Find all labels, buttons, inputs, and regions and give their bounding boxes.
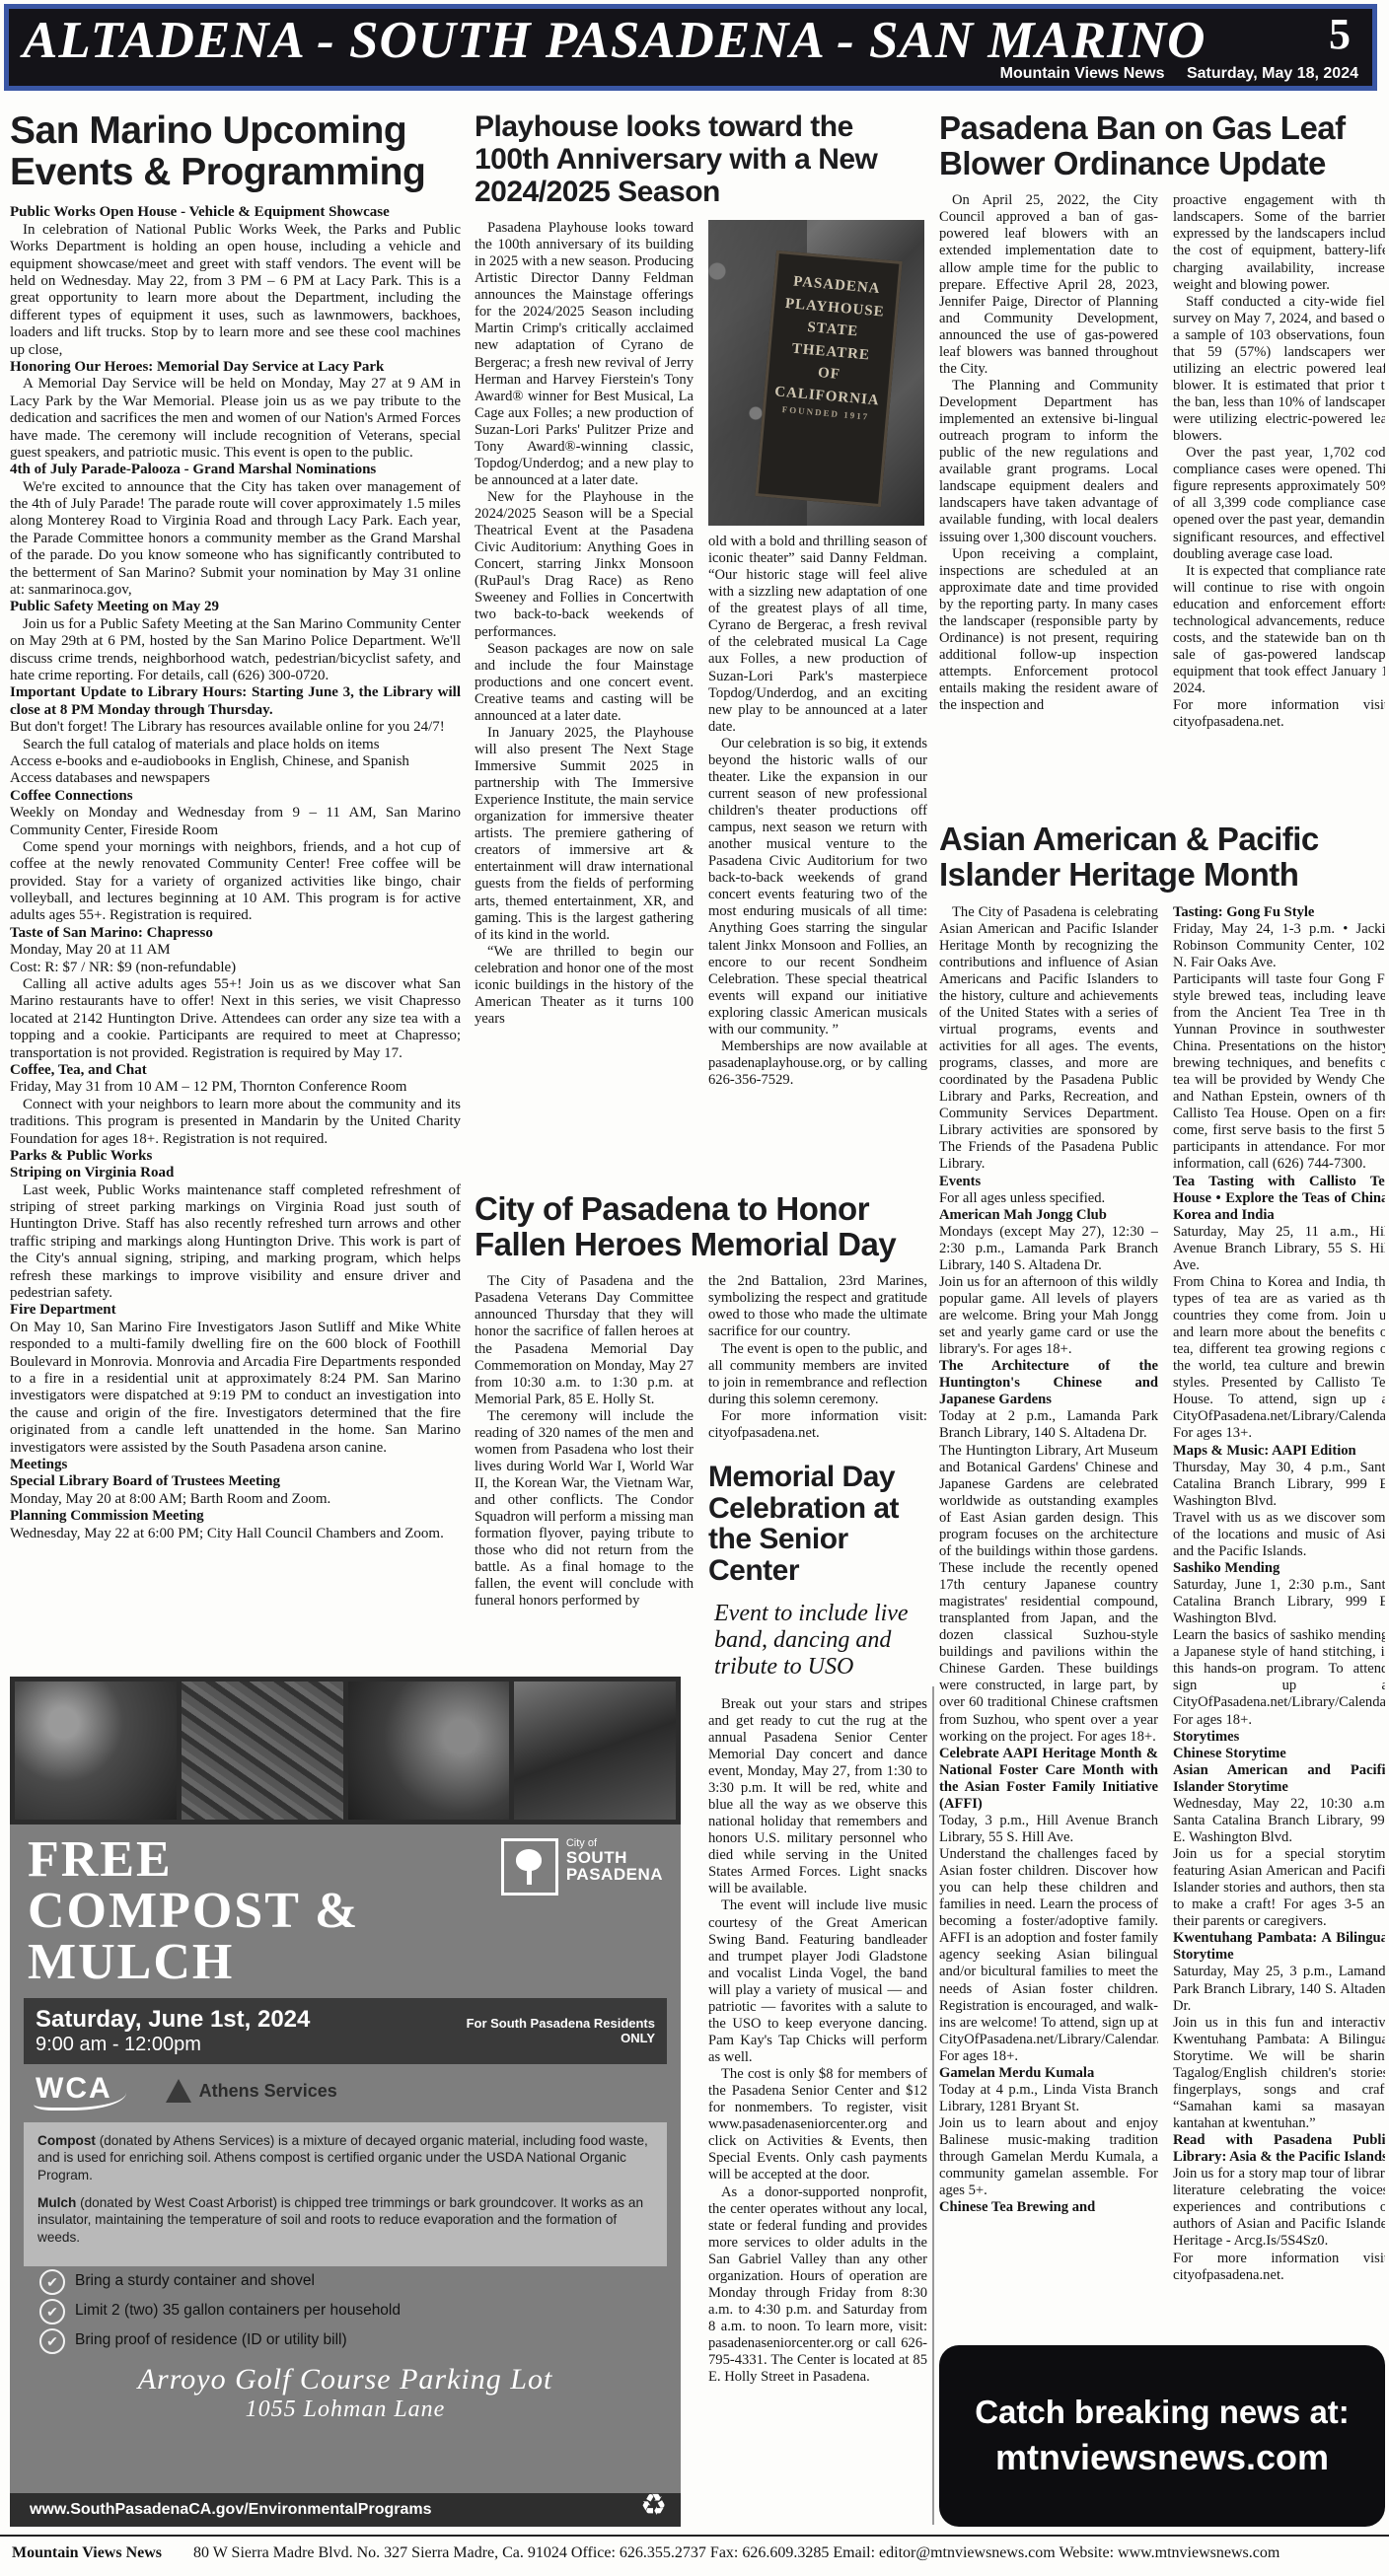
bold-head: Honoring Our Heroes: Memorial Day Servic… [10, 359, 384, 375]
footer-publication: Mountain Views News [12, 2544, 162, 2561]
banner-meta: Mountain Views News Saturday, May 18, 20… [983, 65, 1358, 83]
text-block: 4th of July Parade-Palooza - Grand Marsh… [10, 462, 461, 478]
text-block: Last week, Public Works maintenance staf… [10, 1182, 461, 1303]
text-block: old with a bold and thrilling season of … [708, 534, 927, 736]
bold-head: Important Update to Library Hours: Start… [10, 684, 461, 717]
athens-services-logo: Athens Services [166, 2079, 337, 2103]
text-block: Tea Tasting with Callisto Tea House • Ex… [1173, 1174, 1385, 1224]
text-block: Join us for a special storytime featurin… [1173, 1846, 1385, 1930]
playhouse-col-right: PASADENAPLAYHOUSESTATETHEATREOFCALIFORNI… [708, 220, 927, 1191]
text-block: Today at 4 p.m., Linda Vista Branch Libr… [939, 2082, 1158, 2115]
ad-location: Arroyo Golf Course Parking Lot 1055 Lohm… [10, 2363, 681, 2423]
bold-head: Sashiko Mending [1173, 1560, 1279, 1576]
text-block: The Architecture of the Huntington's Chi… [939, 1358, 1158, 1408]
text-block: Bring proof of residence (ID or utility … [39, 2331, 651, 2348]
text-block: Important Update to Library Hours: Start… [10, 684, 461, 719]
text-block: Learn the basics of sashiko mending, a J… [1173, 1627, 1385, 1728]
text-block: Mulch (donated by West Coast Arborist) i… [37, 2194, 653, 2247]
text-block: Compost (donated by Athens Services) is … [37, 2132, 653, 2184]
ad-photo-strip [10, 1677, 681, 1825]
text-block: Saturday, May 25, 3 p.m., Lamanda Park B… [1173, 1964, 1385, 2014]
ad-title-line: COMPOST & [28, 1886, 359, 1937]
text-block: Gamelan Merdu Kumala [939, 2065, 1158, 2082]
ad-residents-only: For South Pasadena Residents ONLY [438, 2016, 655, 2045]
text-block: Chinese Tea Brewing and [939, 2199, 1158, 2216]
text-block: A Memorial Day Service will be held on M… [10, 376, 461, 462]
headline-playhouse: Playhouse looks toward the 100th Anniver… [475, 110, 927, 208]
text-block: Staff conducted a city-wide field survey… [1173, 294, 1385, 446]
bold-head: Storytimes [1173, 1729, 1239, 1745]
text-block: Participants will taste four Gong Fu sty… [1173, 971, 1385, 1174]
text-block: Wednesday, May 22, 10:30 a.m., Santa Cat… [1173, 1796, 1385, 1846]
logo-south: SOUTH [566, 1849, 663, 1866]
text-block: “We are thrilled to begin our celebratio… [475, 944, 694, 1028]
tree-icon [501, 1838, 558, 1896]
text-block: For all ages unless specified. [939, 1190, 1158, 1207]
bold-head: Kwentuhang Pambata: A Bilingual Storytim… [1173, 1930, 1385, 1963]
text-block: In celebration of National Public Works … [10, 222, 461, 359]
text-block: Wednesday, May 22 at 6:00 PM; City Hall … [10, 1526, 461, 1542]
page-footer: Mountain Views News 80 W Sierra Madre Bl… [0, 2535, 1389, 2562]
text-block: Storytimes [1173, 1729, 1385, 1746]
text-block: On May 10, San Marino Fire Investigators… [10, 1320, 461, 1457]
headline-aapi: Asian American & Pacific Islander Herita… [939, 822, 1385, 892]
text-block: Striping on Virginia Road [10, 1165, 461, 1181]
aapi-col-right: Tasting: Gong Fu StyleFriday, May 24, 1-… [1173, 904, 1385, 2284]
bold-head: Read with Pasadena Public Library: Asia … [1173, 2132, 1385, 2165]
text-block: Special Library Board of Trustees Meetin… [10, 1473, 461, 1490]
bold-head: Striping on Virginia Road [10, 1165, 174, 1181]
fallen-heroes-col-right: the 2nd Battalion, 23rd Marines, symboli… [708, 1273, 927, 2386]
leaf-blower-col-right: proactive engagement with the landscaper… [1173, 192, 1385, 804]
breaking-news-box: Catch breaking news at: mtnviewsnews.com [939, 2345, 1385, 2527]
text-block: Kwentuhang Pambata: A Bilingual Storytim… [1173, 1930, 1385, 1964]
leaf-blower-article: On April 25, 2022, the City Council appr… [939, 192, 1385, 804]
text-block: Thursday, May 30, 4 p.m., Santa Catalina… [1173, 1460, 1385, 1510]
text-block: Saturday, June 1, 2:30 p.m., Santa Catal… [1173, 1577, 1385, 1627]
text-block: Break out your stars and stripes and get… [708, 1696, 927, 1898]
ad-time: 9:00 am - 12:00pm [36, 2034, 310, 2056]
text-block: Over the past year, 1,702 code complianc… [1173, 445, 1385, 562]
ad-date-time: Saturday, June 1st, 2024 9:00 am - 12:00… [36, 2006, 310, 2056]
text-block: The City of Pasadena is celebrating Asia… [939, 904, 1158, 1174]
text-block: Friday, May 31 from 10 AM – 12 PM, Thorn… [10, 1079, 461, 1096]
headline-san-marino: San Marino Upcoming Events & Programming [10, 110, 461, 192]
ad-checklist: Bring a sturdy container and shovelLimit… [10, 2270, 681, 2363]
text-block: Fire Department [10, 1302, 461, 1319]
bold-head: Tasting: Gong Fu Style [1173, 904, 1314, 920]
ad-location-address: 1055 Lohman Lane [10, 2397, 681, 2423]
text-block: Access e-books and e-audiobooks in Engli… [10, 753, 461, 770]
headline-leaf-blower: Pasadena Ban on Gas Leaf Blower Ordinanc… [939, 110, 1385, 180]
column-san-marino: San Marino Upcoming Events & Programming… [10, 110, 461, 1674]
page-number: 5 [1329, 9, 1351, 59]
text-block: Join us for an afternoon of this wildly … [939, 1274, 1158, 1358]
mulch-photo-2 [182, 1682, 343, 1820]
bold-head: The Architecture of the Huntington's Chi… [939, 1358, 1158, 1407]
text-block: Friday, May 24, 1-3 p.m. • Jackie Robins… [1173, 921, 1385, 971]
text-block: New for the Playhouse in the 2024/2025 S… [475, 489, 694, 641]
bold-head: Tea Tasting with Callisto Tea House • Ex… [1173, 1174, 1385, 1223]
text-block: Planning Commission Meeting [10, 1508, 461, 1525]
text-block: We're excited to announce that the City … [10, 479, 461, 600]
bold-head: Taste of San Marino: Chapresso [10, 925, 213, 941]
text-block: Today, 3 p.m., Hill Avenue Branch Librar… [939, 1813, 1158, 1846]
text-block: proactive engagement with the landscaper… [1173, 192, 1385, 293]
text-block: Monday, May 20 at 8:00 AM; Barth Room an… [10, 1491, 461, 1508]
bold-head: Asian American and Pacific Islander Stor… [1173, 1762, 1385, 1795]
footer-info: 80 W Sierra Madre Blvd. No. 327 Sierra M… [193, 2544, 1279, 2561]
text-block: For more information visit: cityofpasade… [1173, 2251, 1385, 2284]
text-block: In January 2025, the Playhouse will also… [475, 725, 694, 944]
breaking-news-url: mtnviewsnews.com [995, 2437, 1329, 2478]
text-block: Public Safety Meeting on May 29 [10, 599, 461, 615]
bold-head: Meetings [10, 1457, 67, 1472]
bold-head: Fire Department [10, 1302, 116, 1318]
text-block: Join us to learn about and enjoy Balines… [939, 2115, 1158, 2199]
text-block: Mondays (except May 27), 12:30 – 2:30 p.… [939, 1224, 1158, 1274]
bold-head: Coffee Connections [10, 788, 133, 804]
text-block: As a donor-supported nonprofit, the cent… [708, 2184, 927, 2387]
text-block: It is expected that compliance rates wil… [1173, 563, 1385, 698]
text-block: Chinese Storytime [1173, 1746, 1385, 1762]
ad-title-line: FREE [28, 1834, 359, 1886]
headline-fallen-heroes: City of Pasadena to Honor Fallen Heroes … [475, 1191, 927, 1261]
publication-name: Mountain Views News [1000, 65, 1165, 82]
text-block: Celebrate AAPI Heritage Month & National… [939, 1746, 1158, 1813]
wca-logo: WCA [34, 2072, 126, 2111]
bold-head: Compost [37, 2133, 96, 2148]
text-block: Asian American and Pacific Islander Stor… [1173, 1762, 1385, 1796]
text-block: Memberships are now available at pasaden… [708, 1038, 927, 1089]
region-title: ALTADENA - SOUTH PASADENA - SAN MARINO [23, 11, 1206, 70]
text-block: Sashiko Mending [1173, 1560, 1385, 1577]
text-block: Join us for a Public Safety Meeting at t… [10, 616, 461, 685]
text-block: The cost is only $8 for members of the P… [708, 2066, 927, 2183]
text-block: Monday, May 20 at 11 AM [10, 942, 461, 959]
compost-photo-1 [15, 1682, 177, 1820]
column-divider [932, 1686, 934, 2525]
text-block: Limit 2 (two) 35 gallon containers per h… [39, 2302, 651, 2319]
text-block: But don't forget! The Library has resour… [10, 719, 461, 736]
text-block: Meetings [10, 1457, 461, 1473]
bold-head: Maps & Music: AAPI Edition [1173, 1443, 1356, 1459]
playhouse-col-right-text: old with a bold and thrilling season of … [708, 534, 927, 1089]
text-block: The event will include live music courte… [708, 1897, 927, 2066]
athens-a-icon [166, 2079, 191, 2103]
playhouse-sign-photo: PASADENAPLAYHOUSESTATETHEATREOFCALIFORNI… [708, 220, 924, 526]
text-block: Coffee Connections [10, 788, 461, 805]
aapi-col-left: The City of Pasadena is celebrating Asia… [939, 904, 1158, 2284]
text-block: For more information visit: cityofpasade… [1173, 697, 1385, 731]
bold-head: Gamelan Merdu Kumala [939, 2065, 1094, 2081]
text-block: Calling all active adults ages 55+! Join… [10, 976, 461, 1062]
text-block: Cost: R: $7 / NR: $9 (non-refundable) [10, 960, 461, 976]
bold-head: Public Works Open House - Vehicle & Equi… [10, 204, 390, 220]
text-block: Come spend your mornings with neighbors,… [10, 839, 461, 925]
leaf-blower-col-left: On April 25, 2022, the City Council appr… [939, 192, 1158, 804]
south-pasadena-logo-text: City of SOUTH PASADENA [566, 1838, 663, 1883]
text-block: Parks & Public Works [10, 1148, 461, 1165]
text-block: Events [939, 1174, 1158, 1190]
text-block: Public Works Open House - Vehicle & Equi… [10, 204, 461, 221]
bold-head: 4th of July Parade-Palooza - Grand Marsh… [10, 462, 376, 477]
text-block: Season packages are now on sale and incl… [475, 641, 694, 725]
text-block: the 2nd Battalion, 23rd Marines, symboli… [708, 1273, 927, 1340]
san-marino-body: Public Works Open House - Vehicle & Equi… [10, 204, 461, 1541]
text-block: Maps & Music: AAPI Edition [1173, 1443, 1385, 1460]
text-block: Our celebration is so big, it extends be… [708, 736, 927, 1038]
text-block: Bring a sturdy container and shovel [39, 2272, 651, 2289]
text-block: Honoring Our Heroes: Memorial Day Servic… [10, 359, 461, 376]
playhouse-col-left: Pasadena Playhouse looks toward the 100t… [475, 220, 694, 1191]
text-block: On April 25, 2022, the City Council appr… [939, 192, 1158, 378]
text-block: Join us in this fun and interactive Kwen… [1173, 2015, 1385, 2132]
bold-head: Parks & Public Works [10, 1148, 152, 1164]
column-right: Pasadena Ban on Gas Leaf Blower Ordinanc… [939, 110, 1385, 2337]
ad-location-name: Arroyo Golf Course Parking Lot [10, 2363, 681, 2397]
text-block: Saturday, May 25, 11 a.m., Hill Avenue B… [1173, 1224, 1385, 1274]
text-block: Tasting: Gong Fu Style [1173, 904, 1385, 921]
text-block: Search the full catalog of materials and… [10, 737, 461, 753]
text-block: The City of Pasadena and the Pasadena Ve… [475, 1273, 694, 1408]
ad-sponsor-logos: WCA Athens Services [10, 2064, 681, 2118]
athens-label: Athens Services [199, 2081, 337, 2102]
playhouse-article: Pasadena Playhouse looks toward the 100t… [475, 220, 927, 1191]
ad-date-band: Saturday, June 1st, 2024 9:00 am - 12:00… [24, 1998, 667, 2064]
bold-head: Planning Commission Meeting [10, 1508, 204, 1524]
ad-title: FREE COMPOST & MULCH [28, 1834, 359, 1988]
issue-date: Saturday, May 18, 2024 [1187, 65, 1358, 82]
ad-description: Compost (donated by Athens Services) is … [24, 2122, 667, 2266]
text-block: Today at 2 p.m., Lamanda Park Branch Lib… [939, 1408, 1158, 1442]
text-block: Understand the challenges faced by Asian… [939, 1846, 1158, 2065]
bold-head: Events [939, 1174, 981, 1189]
bold-head: Mulch [37, 2195, 76, 2210]
text-block: Coffee, Tea, and Chat [10, 1062, 461, 1079]
ad-date: Saturday, June 1st, 2024 [36, 2006, 310, 2034]
text-block: Join us for a story map tour of library … [1173, 2166, 1385, 2250]
newspaper-page: ALTADENA - SOUTH PASADENA - SAN MARINO 5… [0, 0, 1389, 2576]
ad-url: www.SouthPasadenaCA.gov/EnvironmentalPro… [10, 2493, 681, 2527]
ad-title-line: MULCH [28, 1937, 359, 1988]
text-block: The event is open to the public, and all… [708, 1341, 927, 1408]
text-block: Upon receiving a complaint, inspections … [939, 546, 1158, 715]
bold-head: American Mah Jongg Club [939, 1207, 1107, 1223]
bold-head: Coffee, Tea, and Chat [10, 1062, 147, 1078]
logo-pasadena: PASADENA [566, 1866, 663, 1883]
senior-center-body: Break out your stars and stripes and get… [708, 1696, 927, 2387]
compost-mulch-ad: FREE COMPOST & MULCH City of SOUTH PASAD… [10, 1677, 681, 2527]
compost-photo-3 [348, 1682, 510, 1820]
page-banner: ALTADENA - SOUTH PASADENA - SAN MARINO 5… [4, 4, 1377, 91]
text-block: The ceremony will include the reading of… [475, 1408, 694, 1610]
bold-head: Special Library Board of Trustees Meetin… [10, 1473, 280, 1489]
mulch-photo-4 [514, 1682, 676, 1820]
ad-header: FREE COMPOST & MULCH City of SOUTH PASAD… [10, 1825, 681, 1992]
text-block: Read with Pasadena Public Library: Asia … [1173, 2132, 1385, 2166]
text-block: The Huntington Library, Art Museum and B… [939, 1443, 1158, 1746]
text-block: Access databases and newspapers [10, 770, 461, 787]
breaking-news-line1: Catch breaking news at: [975, 2394, 1350, 2431]
aapi-article: The City of Pasadena is celebrating Asia… [939, 904, 1385, 2284]
bold-head: Celebrate AAPI Heritage Month & National… [939, 1746, 1158, 1812]
text-block: Taste of San Marino: Chapresso [10, 925, 461, 942]
headline-senior-center: Memorial Day Celebration at the Senior C… [708, 1462, 927, 1587]
south-pasadena-logo: City of SOUTH PASADENA [501, 1838, 663, 1988]
senior-center-subhead: Event to include live band, dancing and … [714, 1601, 927, 1681]
text-block: For more information visit: cityofpasade… [708, 1408, 927, 1442]
recycle-truck-icon: ♻ [640, 2488, 667, 2523]
text-block: Travel with us as we discover some of th… [1173, 1510, 1385, 1560]
text-block: Connect with your neighbors to learn mor… [10, 1097, 461, 1148]
text-block: The Planning and Community Development D… [939, 378, 1158, 546]
text-block: American Mah Jongg Club [939, 1207, 1158, 1224]
bold-head: Public Safety Meeting on May 29 [10, 599, 219, 614]
bold-head: Chinese Tea Brewing and [939, 2199, 1095, 2215]
fallen-heroes-col-right-text: the 2nd Battalion, 23rd Marines, symboli… [708, 1273, 927, 1442]
bold-head: Chinese Storytime [1173, 1746, 1286, 1761]
text-block: From China to Korea and India, the types… [1173, 1274, 1385, 1443]
playhouse-sign: PASADENAPLAYHOUSESTATETHEATREOFCALIFORNI… [755, 250, 902, 507]
text-block: Weekly on Monday and Wednesday from 9 – … [10, 805, 461, 839]
text-block: Pasadena Playhouse looks toward the 100t… [475, 220, 694, 489]
